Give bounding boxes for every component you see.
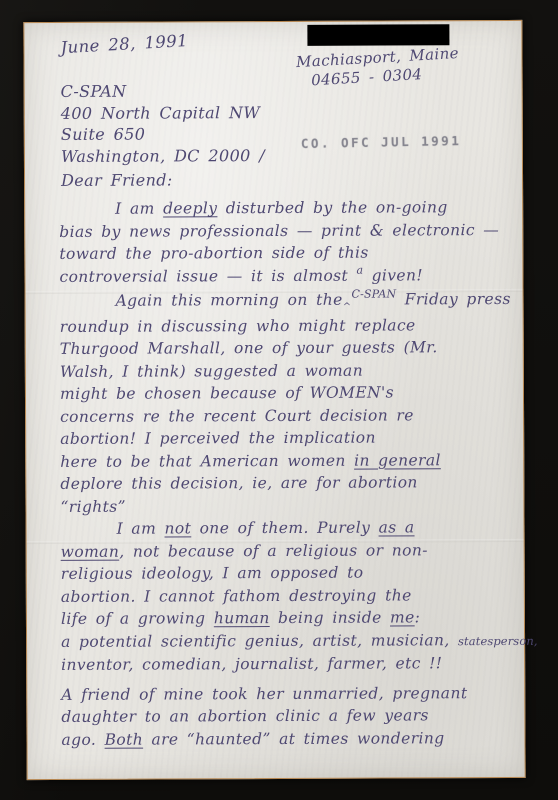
letter-line: might be chosen because of WOMEN's — [60, 381, 512, 405]
letter-text-segment: woman — [61, 542, 120, 560]
letter-text-segment: Both — [105, 730, 144, 748]
letter-text-segment: statesperson, — [458, 633, 538, 647]
letter-text-segment: Walsh, I think) suggested a woman — [60, 361, 363, 380]
letter-body: I am deeply disturbed by the on-goingbia… — [59, 196, 513, 751]
salutation: Dear Friend: — [61, 170, 173, 189]
letter-line: bias by news professionals — print & ele… — [59, 218, 511, 242]
letter-line: daughter to an abortion clinic a few yea… — [61, 704, 513, 728]
letter-line: ago. Both are “haunted” at times wonderi… — [61, 726, 513, 750]
letter-text-segment: ^ — [343, 302, 352, 313]
letter-line: roundup in discussing who might replace — [60, 313, 512, 337]
letter-line: abortion. I cannot fathom destroying the — [61, 583, 513, 607]
redaction-bar — [307, 24, 449, 46]
letter-text-segment: human — [214, 609, 270, 627]
letter-text-segment: might be chosen because of WOMEN's — [60, 383, 394, 402]
letter-text-segment: abortion. I cannot fathom destroying the — [61, 586, 412, 606]
letter-text-segment: Friday press — [396, 290, 511, 308]
letter-text-segment: not — [164, 519, 191, 537]
letter-text-segment: are “haunted” at times wondering — [143, 729, 445, 748]
letter-text-segment: me — [390, 608, 415, 626]
letter-line: inventor, comedian, journalist, farmer, … — [61, 652, 513, 676]
recipient-address: C-SPAN 400 North Capital NW Suite 650 Wa… — [61, 80, 265, 167]
letter-line: woman, not because of a religious or non… — [61, 538, 513, 562]
letter-text-segment: “rights” — [60, 497, 126, 515]
scan-background: June 28, 1991 Machiasport, Maine 04655 -… — [0, 0, 558, 800]
letter-line: deplore this decision, ie, are for abort… — [60, 471, 512, 495]
letter-line: Walsh, I think) suggested a woman — [60, 358, 512, 382]
recipient-line: Suite 650 — [61, 123, 265, 145]
letter-line: religious ideology, I am opposed to — [61, 561, 513, 585]
letter-line: here to be that American women in genera… — [60, 448, 512, 472]
letter-text-segment: one of them. Purely — [191, 519, 378, 538]
letter-text-segment: here to be that American women — [60, 451, 354, 470]
letter-line: toward the pro-abortion side of this — [59, 241, 511, 265]
letter-line: life of a growing human being inside me: — [61, 606, 513, 630]
letter-text-segment: given! — [363, 266, 423, 284]
recipient-line: Washington, DC 2000 / — [61, 145, 265, 167]
letter-text-segment: life of a growing — [61, 609, 214, 628]
letter-text-segment: concerns re the recent Court decision re — [60, 406, 414, 426]
letter-text-segment: toward the pro-abortion side of this — [59, 244, 368, 263]
letter-line: abortion! I perceived the implication — [60, 426, 512, 450]
letter-date: June 28, 1991 — [60, 31, 188, 57]
letter-text-segment: a — [356, 263, 363, 276]
letter-text-segment: : — [415, 608, 421, 626]
letter-text-segment: controversial issue — it is almost — [59, 266, 356, 285]
letter-line: concerns re the recent Court decision re — [60, 403, 512, 427]
letter-text-segment: I am — [115, 199, 163, 217]
letter-line: A friend of mine took her unmarried, pre… — [61, 681, 513, 705]
letter-line: Thurgood Marshall, one of your guests (M… — [60, 336, 512, 360]
letter-text-segment: Thurgood Marshall, one of your guests (M… — [60, 338, 438, 358]
letter-text-segment: ago. — [61, 730, 104, 748]
letter-text-segment: religious ideology, I am opposed to — [61, 564, 364, 583]
recipient-line: 400 North Capital NW — [61, 102, 265, 124]
letter-text-segment: deplore this decision, ie, are for abort… — [60, 473, 418, 493]
letter-line: I am not one of them. Purely as a — [61, 516, 513, 540]
letter-text-segment: I am — [117, 519, 165, 537]
letter-line: Again this morning on the^C-SPAN Friday … — [60, 288, 512, 315]
letter-text-segment: as a — [379, 518, 415, 536]
letter-text-segment: abortion! I perceived the implication — [60, 429, 376, 448]
received-date-stamp: CO. OFC JUL 1991 — [301, 133, 462, 151]
letter-text-segment: in general — [354, 451, 441, 469]
letter-text-segment: inventor, comedian, journalist, farmer, … — [61, 654, 442, 674]
letter-text-segment: roundup in discussing who might replace — [60, 316, 416, 336]
letter-text-segment: C-SPAN — [351, 287, 396, 300]
letter-text-segment: daughter to an abortion clinic a few yea… — [61, 706, 429, 726]
letter-text-segment: bias by news professionals — print & ele… — [59, 221, 499, 241]
letter-text-segment: , not because of a religious or non- — [119, 541, 428, 560]
letter-line: controversial issue — it is almost a giv… — [59, 263, 511, 289]
letter-text-segment: Again this morning on the — [116, 291, 343, 310]
letter-text-segment: deeply — [163, 199, 217, 217]
letter-text-segment: a potential scientific genius, artist, m… — [61, 631, 458, 651]
letter-text-segment: A friend of mine took her unmarried, pre… — [61, 684, 467, 704]
letter-page: June 28, 1991 Machiasport, Maine 04655 -… — [23, 20, 525, 780]
sender-address: Machiasport, Maine 04655 - 0304 — [296, 44, 461, 91]
recipient-line: C-SPAN — [61, 80, 265, 102]
letter-line: “rights” — [60, 493, 512, 517]
letter-line: I am deeply disturbed by the on-going — [59, 196, 511, 220]
letter-line: a potential scientific genius, artist, m… — [61, 628, 513, 653]
letter-text-segment: disturbed by the on-going — [217, 198, 447, 217]
letter-text-segment: being inside — [270, 608, 390, 627]
